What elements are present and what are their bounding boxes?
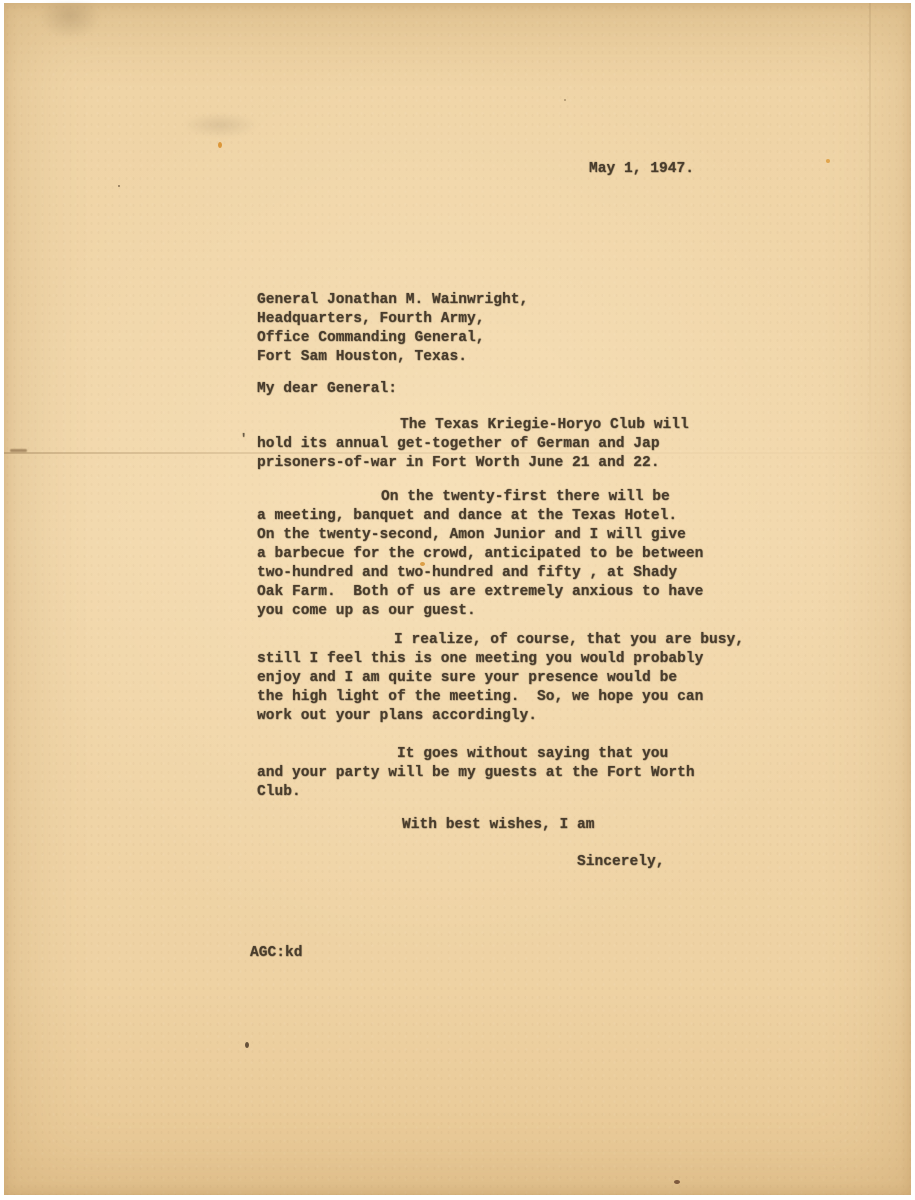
signoff: Sincerely, xyxy=(577,853,665,872)
paper-speck xyxy=(564,99,566,101)
paper-speck xyxy=(826,159,830,163)
scanned-letter-page: May 1, 1947. General Jonathan M. Wainwri… xyxy=(0,0,915,1200)
paper-stain xyxy=(39,3,101,39)
paper-speck xyxy=(674,1180,680,1184)
paper-speck xyxy=(245,1042,249,1048)
letter-date: May 1, 1947. xyxy=(589,160,694,179)
address-line-4: Fort Sam Houston, Texas. xyxy=(257,348,528,367)
recipient-address: General Jonathan M. Wainwright,Headquart… xyxy=(257,291,528,367)
paragraph-3: I realize, of course, that you are busy,… xyxy=(257,631,744,726)
paragraph-2: On the twenty-first there will be a meet… xyxy=(257,488,703,621)
paper-crease-vertical xyxy=(869,3,871,433)
address-line-2: Headquarters, Fourth Army, xyxy=(257,310,528,329)
address-line-1: General Jonathan M. Wainwright, xyxy=(257,291,528,310)
salutation: My dear General: xyxy=(257,380,397,399)
paper-speck xyxy=(118,185,120,187)
paper-sheet: May 1, 1947. General Jonathan M. Wainwri… xyxy=(4,3,911,1195)
typewriter-stray-mark: ' xyxy=(240,430,247,449)
address-line-3: Office Commanding General, xyxy=(257,329,528,348)
paper-speck xyxy=(218,142,222,148)
closing-line: With best wishes, I am xyxy=(402,816,595,835)
reference-initials: AGC:kd xyxy=(250,944,303,963)
paragraph-4: It goes without saying that you and your… xyxy=(257,745,695,802)
paper-crease-mark xyxy=(10,449,27,452)
paragraph-1: The Texas Kriegie-Horyo Club will hold i… xyxy=(257,416,689,473)
paper-stain xyxy=(182,113,258,137)
